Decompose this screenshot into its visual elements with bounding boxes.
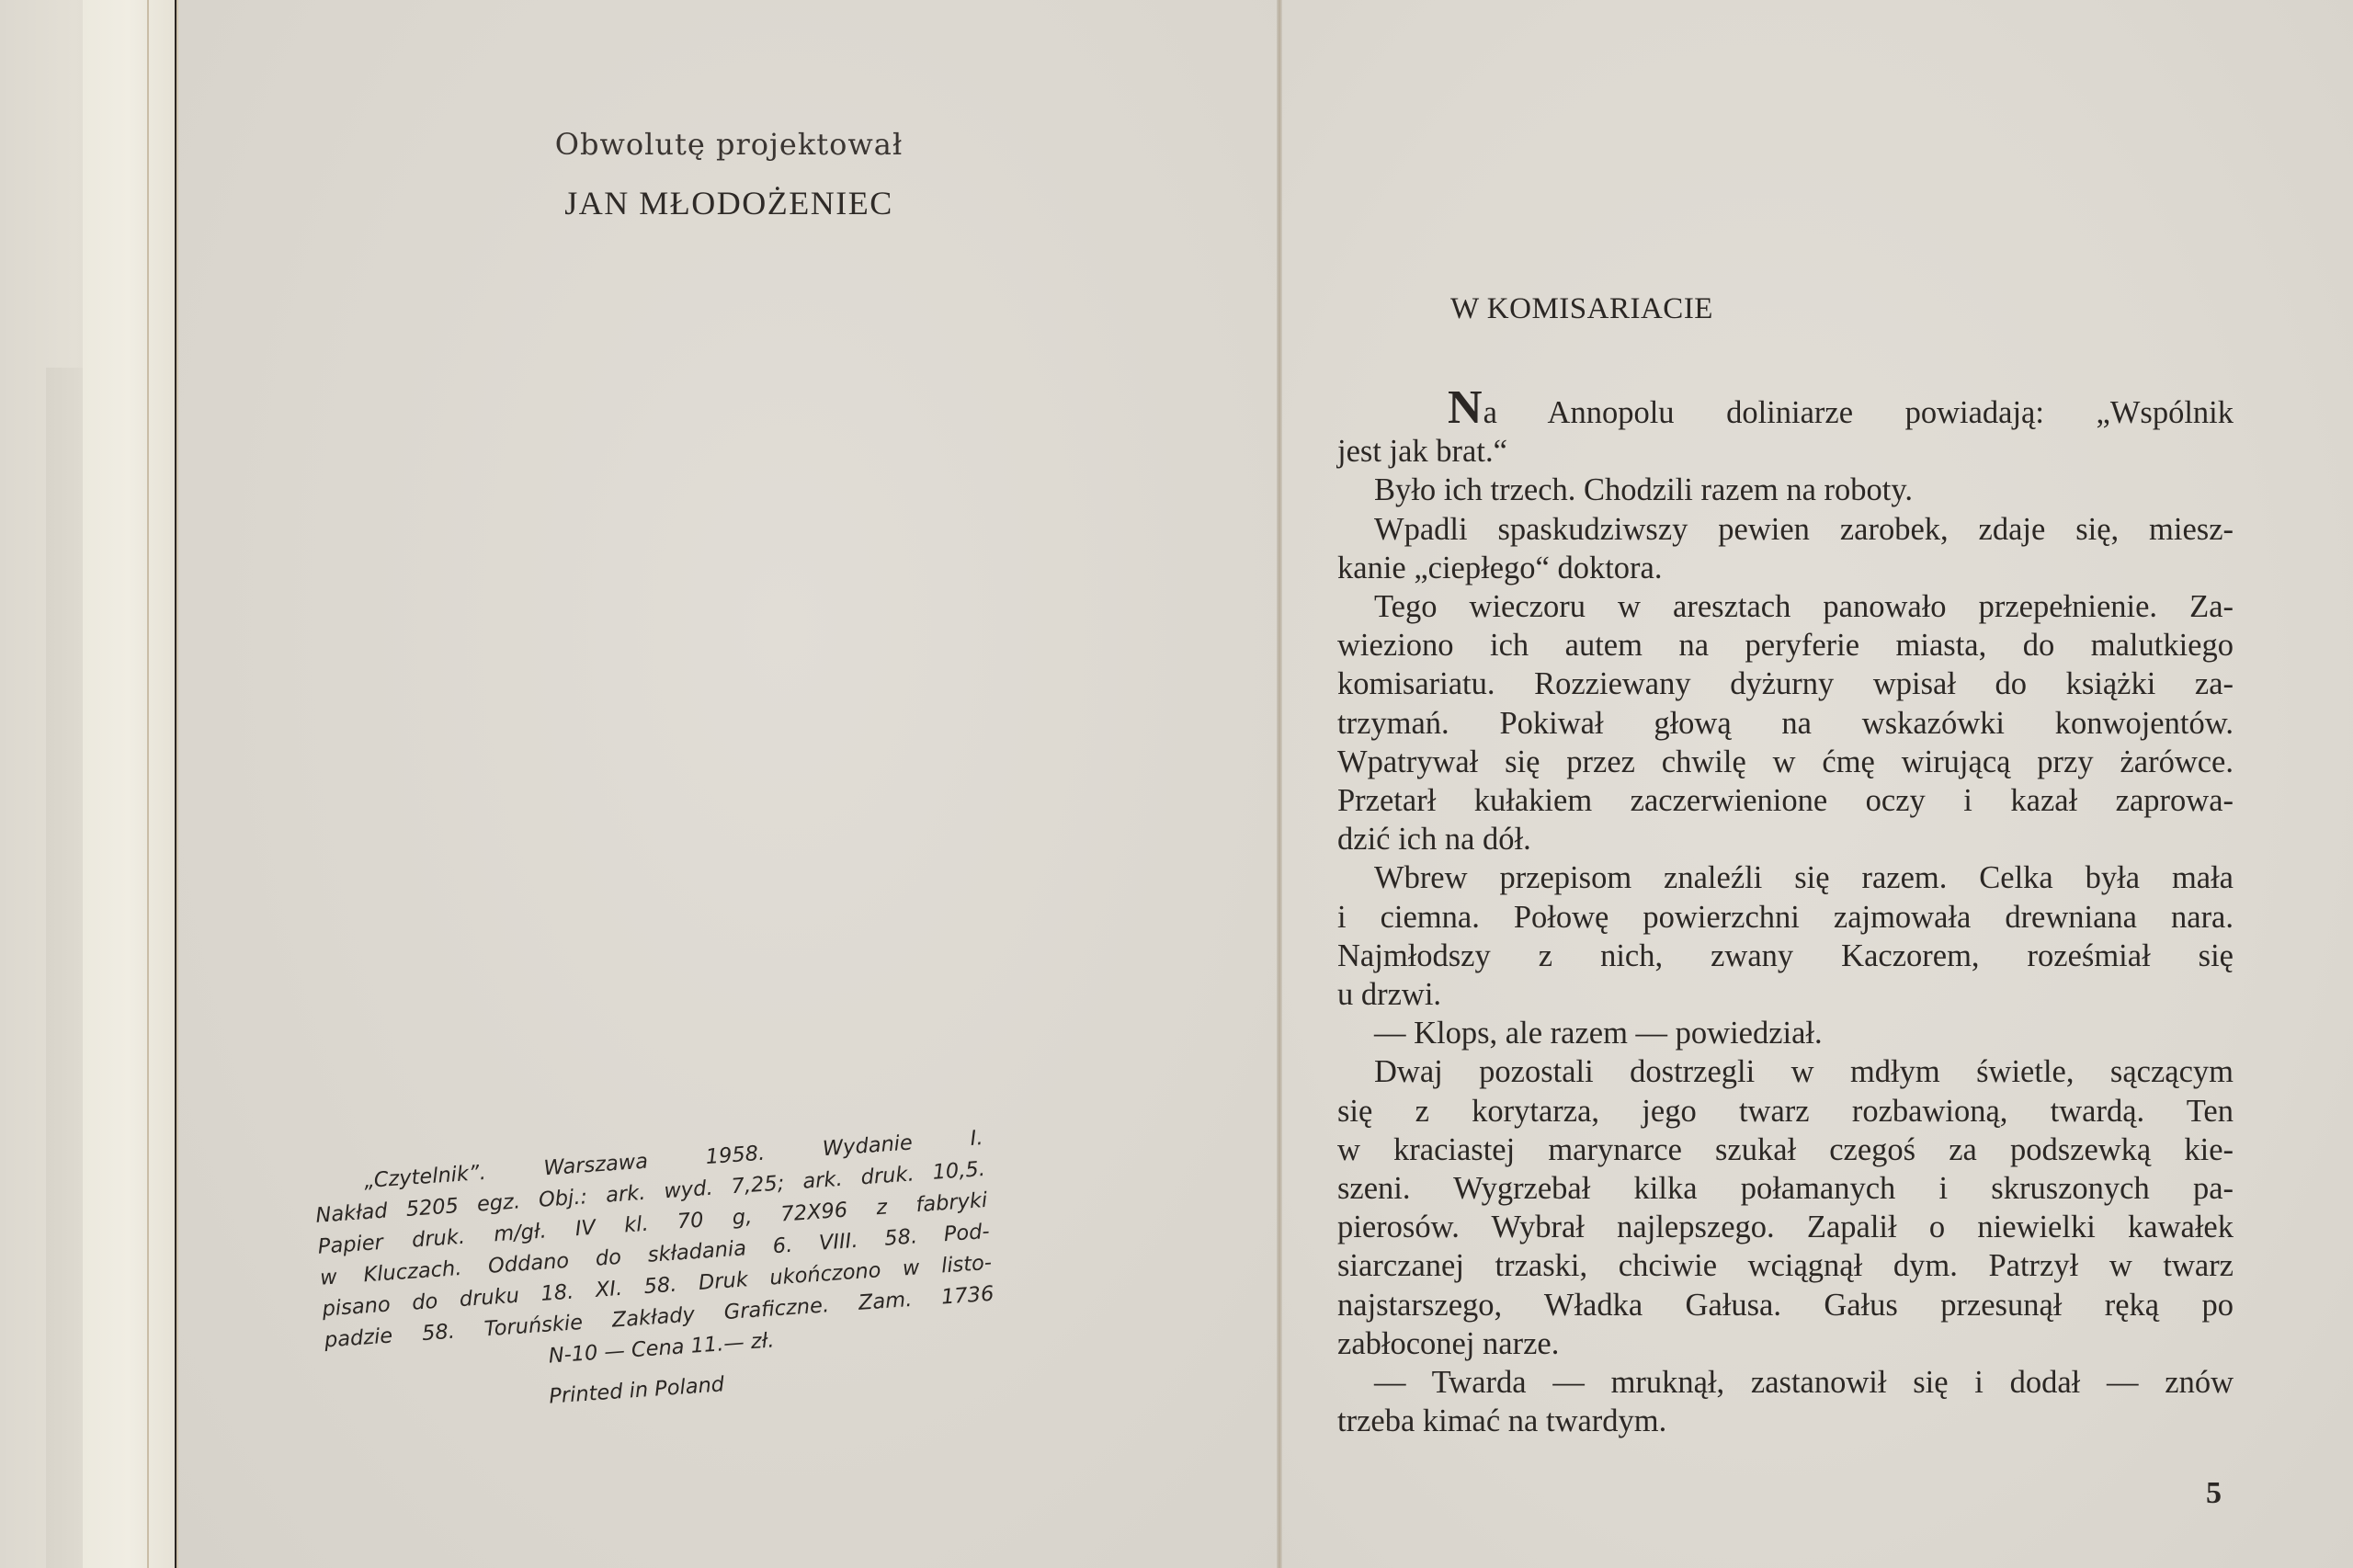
colophon: „Czytelnik”. Warszawa 1958. Wydanie I. N… [313,1122,1000,1427]
text-line: — Twarda — mruknął, zastanowił się i dod… [1337,1363,2234,1402]
text-line: Najmłodszy z nich, zwany Kaczorem, roześ… [1337,937,2234,975]
text-line: w kraciastej marynarce szukał czegoś za … [1337,1131,2234,1169]
text-line: się z korytarza, jego twarz rozbawioną, … [1337,1092,2234,1131]
page-number: 5 [2206,1476,2222,1511]
text-line: pierosów. Wybrał najlepszego. Zapalił o … [1337,1208,2234,1246]
text-line: Było ich trzech. Chodzili razem na robot… [1337,471,2234,509]
cover-design-credit-label: Obwolutę projektował [178,127,1279,162]
text-line: Na Annopolu doliniarze powiadają: „Wspól… [1337,393,2234,432]
text-line: dzić ich na dół. [1337,820,2234,858]
text-line: Wpadli spaskudziwszy pewien zarobek, zda… [1337,510,2234,549]
chapter-body: Na Annopolu doliniarze powiadają: „Wspól… [1337,393,2234,1440]
cover-designer-name: JAN MŁODOŻENIEC [178,184,1279,222]
text-line-content: a Annopolu doliniarze powiadają: „Wspóln… [1483,395,2234,430]
text-line: najstarszego, Władka Gałusa. Gałus przes… [1337,1286,2234,1324]
text-line: Tego wieczoru w aresztach panowało przep… [1337,587,2234,626]
text-line: komisariatu. Rozziewany dyżurny wpisał d… [1337,665,2234,703]
text-line: Wpatrywał się przez chwilę w ćmę wirując… [1337,743,2234,781]
drop-cap: N [1448,381,1483,434]
text-line: — Klops, ale razem — powiedział. [1337,1014,2234,1052]
text-line: kanie „ciepłego“ doktora. [1337,549,2234,587]
text-line: jest jak brat.“ [1337,432,2234,471]
page-edge [147,0,149,1568]
text-line: trzeba kimać na twardym. [1337,1402,2234,1440]
chapter-title: W KOMISARIACIE [1450,292,1713,326]
endpaper [83,0,175,1568]
text-line: i ciemna. Połowę powierzchni zajmowała d… [1337,898,2234,937]
text-line: Dwaj pozostali dostrzegli w mdłym świetl… [1337,1052,2234,1091]
text-line: trzymań. Pokiwał głową na wskazówki konw… [1337,704,2234,743]
text-line: Wbrew przepisom znaleźli się razem. Celk… [1337,858,2234,897]
text-line: siarczanej trzaski, chciwie wciągnął dym… [1337,1246,2234,1285]
text-line: szeni. Wygrzebał kilka połamanych i skru… [1337,1169,2234,1208]
text-line: Przetarł kułakiem zaczerwienione oczy i … [1337,781,2234,820]
text-line: wieziono ich autem na peryferie miasta, … [1337,626,2234,665]
text-line: zabłoconej narze. [1337,1324,2234,1363]
text-line: u drzwi. [1337,975,2234,1014]
